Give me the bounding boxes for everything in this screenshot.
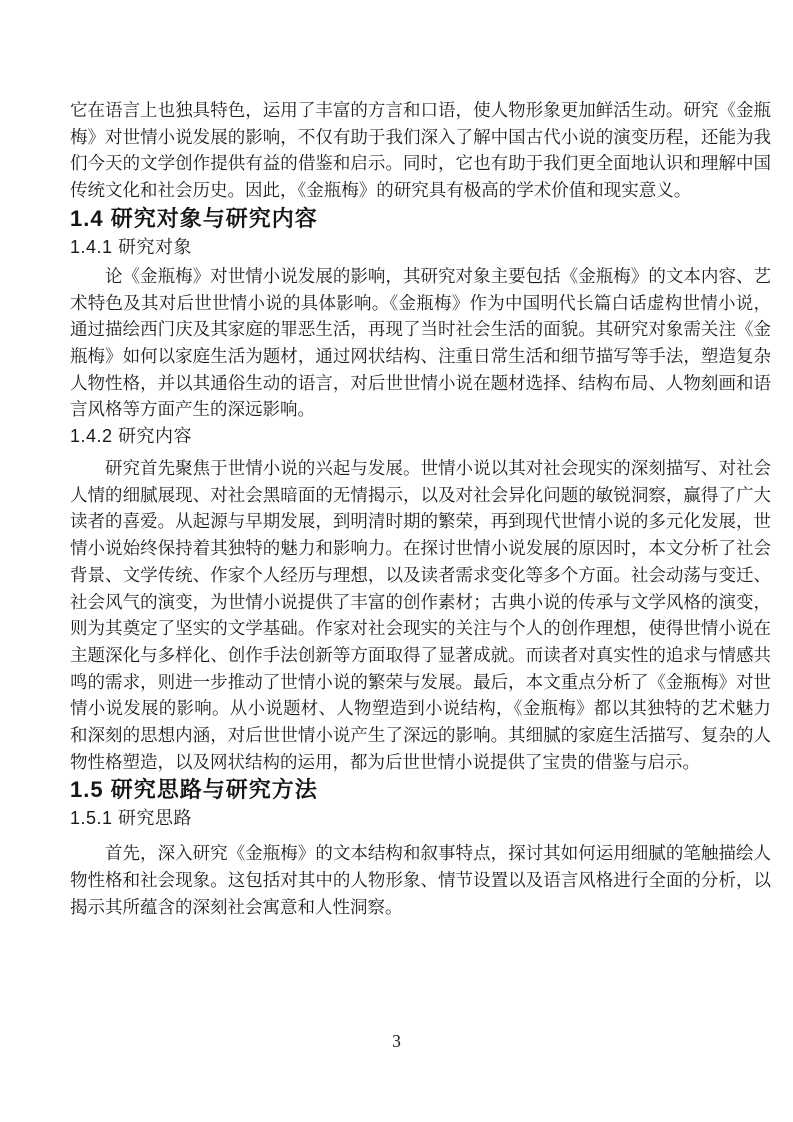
continuation-paragraph: 它在语言上也独具特色，运用了丰富的方言和口语，使人物形象更加鲜活生动。研究《金瓶… [70, 97, 771, 204]
subsection-heading-1-4-2: 1.4.2 研究内容 [70, 423, 771, 449]
document-page: 它在语言上也独具特色，运用了丰富的方言和口语，使人物形象更加鲜活生动。研究《金瓶… [0, 0, 793, 1122]
subsection-heading-1-5-1: 1.5.1 研究思路 [70, 805, 771, 831]
paragraph-research-object: 论《金瓶梅》对世情小说发展的影响，其研究对象主要包括《金瓶梅》的文本内容、艺术特… [70, 263, 771, 423]
section-heading-1-4: 1.4 研究对象与研究内容 [70, 204, 771, 234]
paragraph-research-content: 研究首先聚焦于世情小说的兴起与发展。世情小说以其对社会现实的深刻描写、对社会人情… [70, 455, 771, 775]
paragraph-research-approach: 首先，深入研究《金瓶梅》的文本结构和叙事特点，探讨其如何运用细腻的笔触描绘人物性… [70, 840, 771, 920]
subsection-heading-1-4-1: 1.4.1 研究对象 [70, 234, 771, 260]
section-heading-1-5: 1.5 研究思路与研究方法 [70, 775, 771, 805]
page-number: 3 [0, 1029, 793, 1053]
